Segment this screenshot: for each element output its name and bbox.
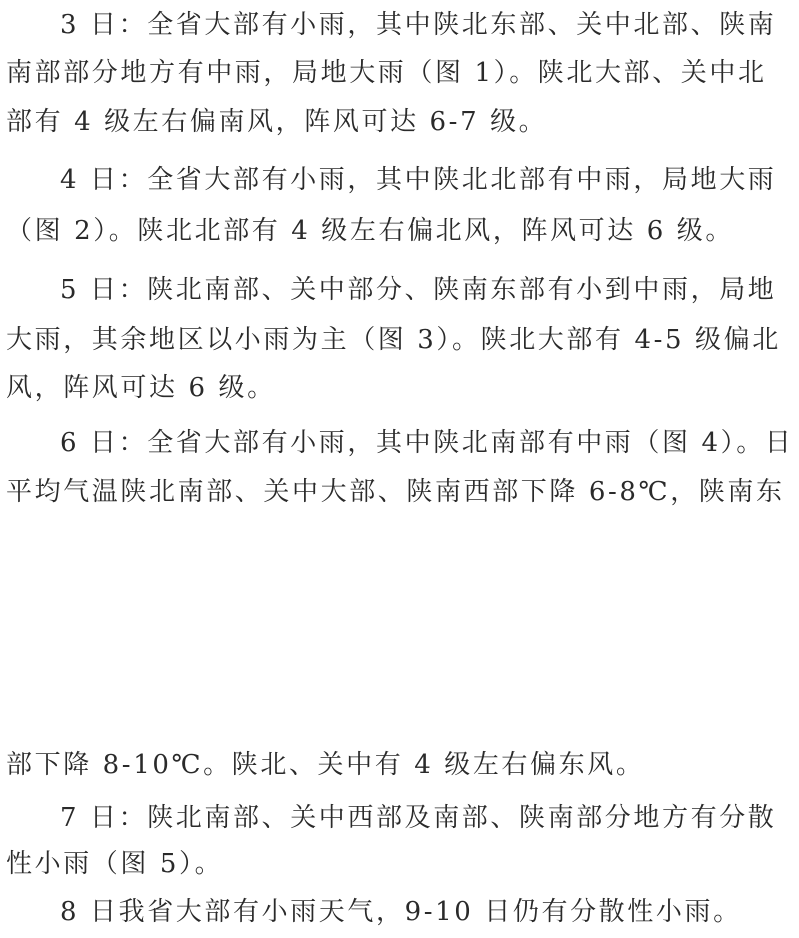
paragraph-day4-line1: 4 日：全省大部有小雨，其中陕北北部有中雨，局地大雨 bbox=[60, 163, 799, 197]
paragraph-day4-line2: （图 2）。陕北北部有 4 级左右偏北风，阵风可达 6 级。 bbox=[6, 214, 796, 248]
paragraph-day6-line2: 平均气温陕北南部、关中大部、陕南西部下降 6-8℃，陕南东 bbox=[6, 475, 796, 509]
paragraph-day3-line3: 部有 4 级左右偏南风，阵风可达 6-7 级。 bbox=[6, 105, 796, 139]
paragraph-day7-line2: 性小雨（图 5）。 bbox=[6, 847, 796, 881]
paragraph-day8-line1: 8 日我省大部有小雨天气，9-10 日仍有分散性小雨。 bbox=[60, 895, 799, 929]
paragraph-day5-line3: 风，阵风可达 6 级。 bbox=[6, 371, 796, 405]
paragraph-day6-line3: 部下降 8-10℃。陕北、关中有 4 级左右偏东风。 bbox=[6, 748, 796, 782]
paragraph-day6-line1: 6 日：全省大部有小雨，其中陕北南部有中雨（图 4）。日 bbox=[60, 426, 799, 460]
paragraph-day5-line2: 大雨，其余地区以小雨为主（图 3）。陕北大部有 4-5 级偏北 bbox=[6, 323, 796, 357]
document-page: 3 日：全省大部有小雨，其中陕北东部、关中北部、陕南 南部部分地方有中雨，局地大… bbox=[0, 0, 799, 938]
paragraph-day5-line1: 5 日：陕北南部、关中部分、陕南东部有小到中雨，局地 bbox=[60, 273, 799, 307]
paragraph-day7-line1: 7 日：陕北南部、关中西部及南部、陕南部分地方有分散 bbox=[60, 801, 799, 835]
paragraph-day3-line2: 南部部分地方有中雨，局地大雨（图 1）。陕北大部、关中北 bbox=[6, 56, 796, 90]
paragraph-day3-line1: 3 日：全省大部有小雨，其中陕北东部、关中北部、陕南 bbox=[60, 8, 799, 42]
